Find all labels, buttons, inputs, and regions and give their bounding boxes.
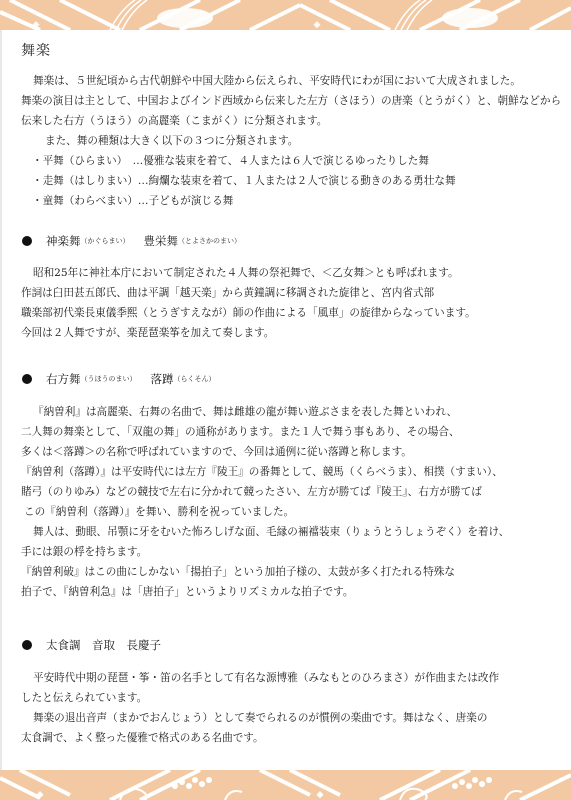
section-heading-kagura: 神楽舞 （かぐらまい） 豊栄舞 （とよさかのまい） bbox=[22, 233, 241, 249]
intro-paragraph: 舞楽は、５世紀頃から古代朝鮮や中国大陸から伝えられ、平安時代にわが国において大成… bbox=[21, 71, 561, 151]
lattice-crane-pattern-icon bbox=[0, 0, 571, 30]
dance-type-item: ・走舞（はしりまい）…絢爛な装束を着て、１人または２人で演じる動きのある勇壮な舞 bbox=[32, 171, 456, 191]
body-line: 『納曽利』は高麗楽、右舞の名曲で、舞は雌雄の龍が舞い遊ぶさまを表した舞といわれ、 bbox=[21, 402, 509, 422]
body-line: この『納曽利（落蹲）』を舞い、勝利を祝っていました。 bbox=[21, 502, 509, 522]
section-body-kagura: 昭和25年に神社本庁において制定された４人舞の祭祀舞で、＜乙女舞＞とも呼ばれます… bbox=[21, 263, 476, 343]
lattice-floral-pattern-icon bbox=[0, 770, 571, 800]
section-heading-uho: 右方舞 （うほうのまい） 落蹲 （らくそん） bbox=[22, 371, 216, 387]
top-decorative-border bbox=[0, 0, 571, 30]
intro-line: 伝来した右方（うほう）の高麗楽（こまがく）に分類されます。 bbox=[21, 111, 561, 131]
body-line: 賭弓（のりゆみ）などの競技で左右に分かれて競ったさい、左方が勝てば『陵王』、右方… bbox=[21, 482, 509, 502]
body-line: 舞楽の退出音声（まかでおんじょう）として奏でられるのが慣例の楽曲です。舞はなく、… bbox=[21, 708, 499, 728]
section-body-taishikicho: 平安時代中期の琵琶・筝・笛の名手として有名な源博雅（みなもとのひろまさ）が作曲ま… bbox=[21, 668, 499, 748]
intro-line: また、舞の種類は大きく以下の３つに分類されます。 bbox=[21, 131, 561, 151]
body-line: 職楽部初代楽長東儀季煕（とうぎすえなが）師の作曲による「風車」の旋律からなってい… bbox=[21, 303, 476, 323]
bullet-dot-icon bbox=[22, 374, 32, 384]
body-line: 作詞は臼田甚五郎氏、曲は平調「越天楽」から黄鐘調に移調された旋律と、宮内省式部 bbox=[21, 283, 476, 303]
body-line: 手には銀の桴を持ちます。 bbox=[21, 542, 509, 562]
body-line: 多くは＜落蹲＞の名称で呼ばれていますので、今回は通例に従い落蹲と称します。 bbox=[21, 442, 509, 462]
body-line: 平安時代中期の琵琶・筝・笛の名手として有名な源博雅（みなもとのひろまさ）が作曲ま… bbox=[21, 668, 499, 688]
body-line: 昭和25年に神社本庁において制定された４人舞の祭祀舞で、＜乙女舞＞とも呼ばれます… bbox=[21, 263, 476, 283]
body-line: 『納曽利（落蹲）』は平安時代には左方『陵王』の番舞として、競馬（くらべうま）、相… bbox=[21, 462, 509, 482]
heading-main: 太食調 音取 長慶子 bbox=[46, 637, 161, 653]
section-body-uho: 『納曽利』は高麗楽、右舞の名曲で、舞は雌雄の龍が舞い遊ぶさまを表した舞といわれ、… bbox=[21, 402, 509, 602]
body-line: 太食調で、よく整った優雅で格式のある名曲です。 bbox=[21, 728, 499, 748]
body-line: 二人舞の舞楽として、「双龍の舞」の通称があります。また１人で舞う事もあり、その場… bbox=[21, 422, 509, 442]
bullet-dot-icon bbox=[22, 640, 32, 650]
bullet-dot-icon bbox=[22, 236, 32, 246]
heading-main-reading: （かぐらまい） bbox=[81, 236, 130, 246]
heading-sub: 落蹲 bbox=[151, 371, 174, 387]
dance-type-item: ・童舞（わらべまい）…子どもが演じる舞 bbox=[32, 191, 456, 211]
body-line: 今回は２人舞ですが、楽琵琶楽筝を加えて奏します。 bbox=[21, 323, 476, 343]
page-title: 舞楽 bbox=[21, 40, 51, 60]
heading-main: 右方舞 bbox=[46, 371, 81, 387]
body-line: 拍子で、『納曽利急』は「唐拍子」というよりリズミカルな拍子です。 bbox=[21, 582, 509, 602]
dance-type-item: ・平舞（ひらまい） …優雅な装束を着て、４人または６人で演じるゆったりした舞 bbox=[32, 151, 456, 171]
heading-main-reading: （うほうのまい） bbox=[81, 374, 137, 384]
intro-line: 舞楽の演目は主として、中国およびインド西域から伝来した左方（さほう）の唐楽（とう… bbox=[21, 91, 561, 111]
dance-types-list: ・平舞（ひらまい） …優雅な装束を着て、４人または６人で演じるゆったりした舞 ・… bbox=[32, 151, 456, 211]
heading-main: 神楽舞 bbox=[46, 233, 81, 249]
heading-sub-reading: （とよさかのまい） bbox=[178, 236, 241, 246]
heading-sub: 豊栄舞 bbox=[144, 233, 179, 249]
body-line: 舞人は、動眼、吊顎に牙をむいた怖ろしげな面、毛縁の裲襠装束（りょうとうしょうぞく… bbox=[21, 522, 509, 542]
section-heading-taishikicho: 太食調 音取 長慶子 bbox=[22, 637, 161, 653]
body-line: したと伝えられています。 bbox=[21, 688, 499, 708]
page-edge bbox=[0, 30, 2, 770]
body-line: 『納曽利破』はこの曲にしかない「揚拍子」という加拍子様の、太鼓が多く打たれる特殊… bbox=[21, 562, 509, 582]
intro-line: 舞楽は、５世紀頃から古代朝鮮や中国大陸から伝えられ、平安時代にわが国において大成… bbox=[21, 71, 561, 91]
heading-sub-reading: （らくそん） bbox=[174, 374, 216, 384]
bottom-decorative-border bbox=[0, 770, 571, 800]
